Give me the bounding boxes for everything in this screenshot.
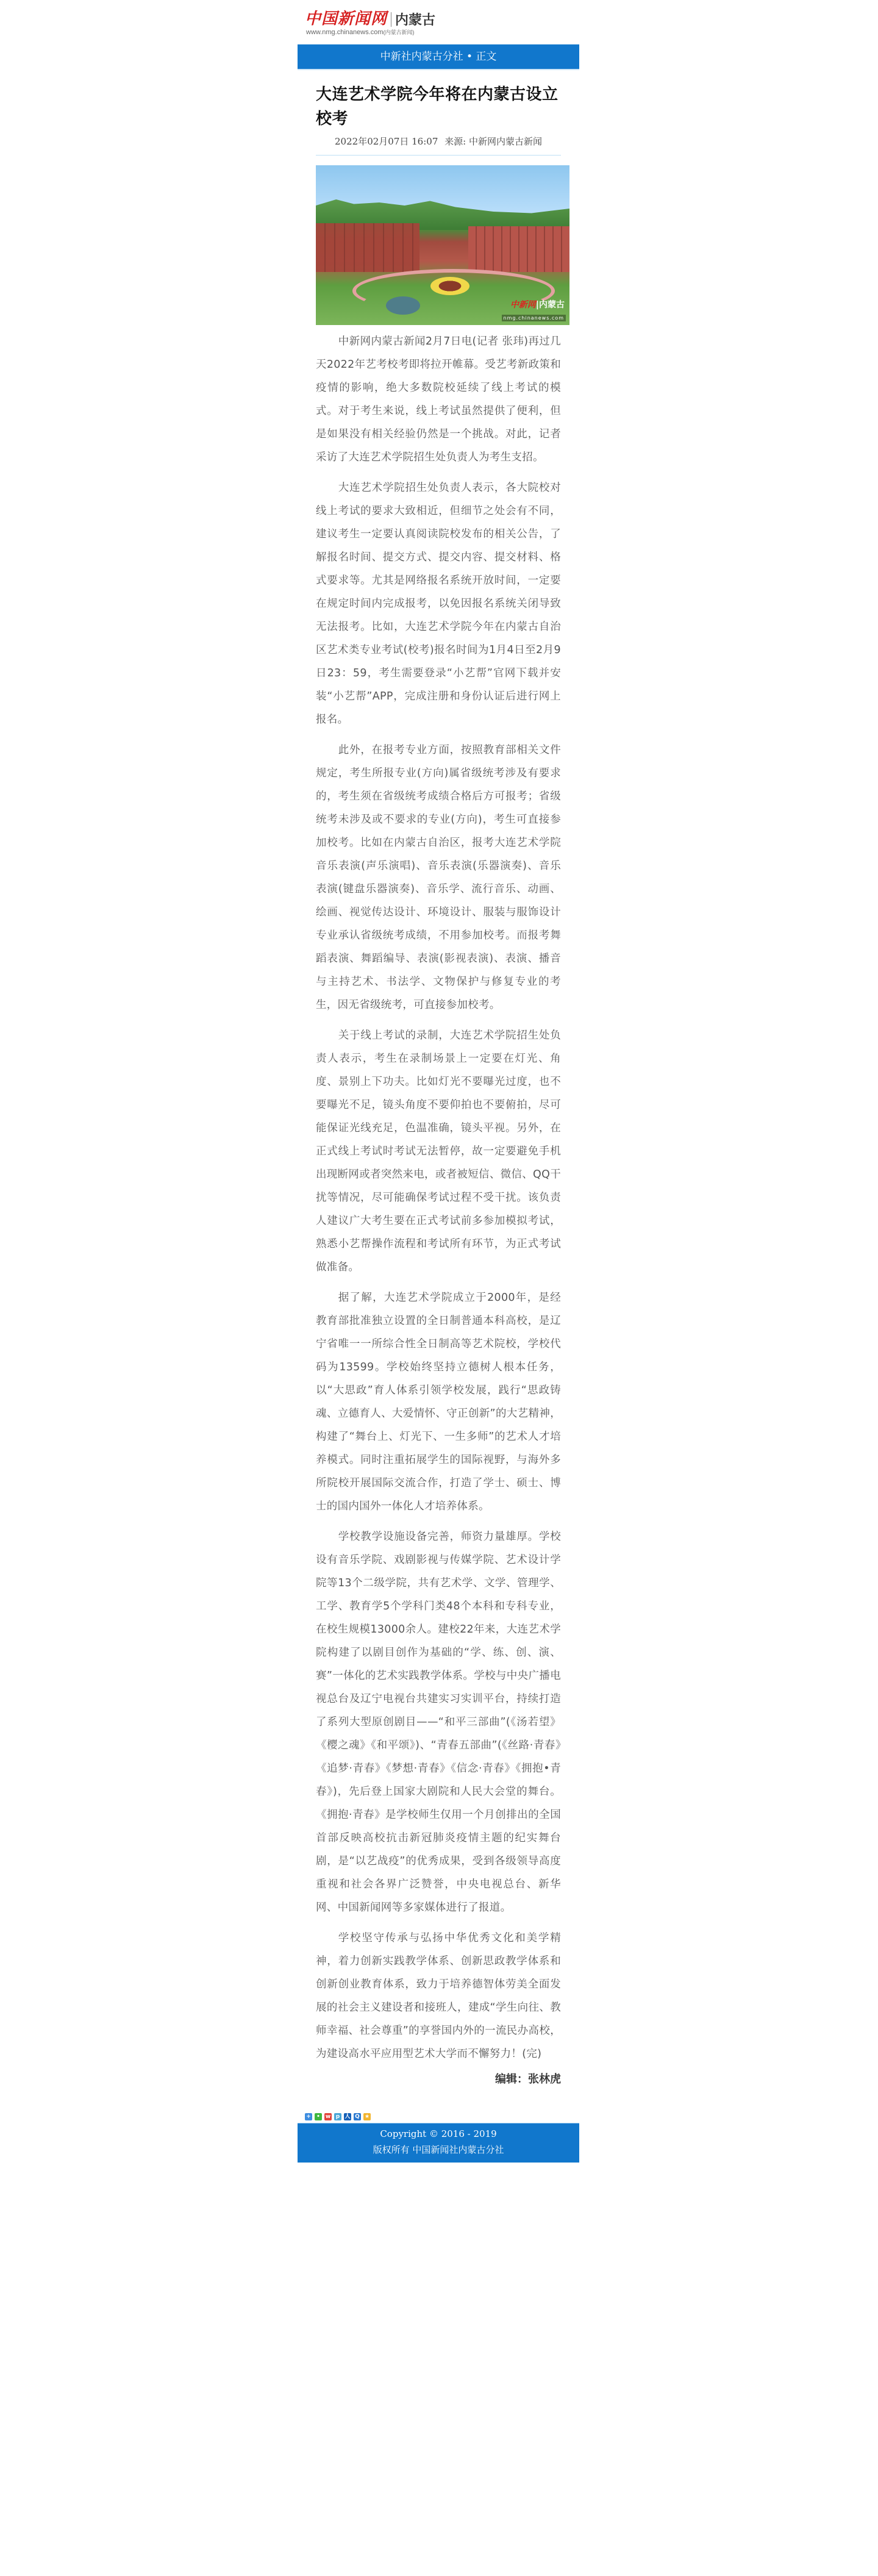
paragraph: 此外，在报考专业方面，按照教育部相关文件规定，考生所报专业(方向)属省级统考涉及… — [316, 739, 561, 1017]
logo-region: 内蒙古 — [395, 10, 435, 29]
article-source: 来源: 中新网内蒙古新闻 — [444, 136, 542, 147]
image-watermark-url: nmg.chinanews.com — [502, 315, 566, 321]
share-qq-icon[interactable]: Q — [354, 2113, 361, 2120]
logo-url-domain: www.nmg.chinanews.com — [306, 29, 384, 36]
image-building-right — [468, 226, 569, 272]
image-flower-circle — [430, 277, 469, 295]
image-building-left — [316, 223, 419, 272]
paragraph: 学校教学设施设备完善，师资力量雄厚。学校设有音乐学院、戏剧影视与传媒学院、艺术设… — [316, 1525, 561, 1919]
logo-url: www.nmg.chinanews.com(内蒙古新闻) — [306, 28, 415, 36]
site-logo[interactable]: 中国新闻网 内蒙古 — [305, 6, 435, 29]
article-editor: 编辑：张林虎 — [316, 2070, 561, 2089]
footer-copyright: Copyright © 2016 - 2019 — [298, 2126, 579, 2142]
article-container: 大连艺术学院今年将在内蒙古设立校考 2022年02月07日 16:07 来源: … — [298, 82, 579, 2089]
article-image: 中新网|内蒙古 nmg.chinanews.com — [316, 165, 569, 325]
image-pond — [386, 296, 420, 315]
logo-divider — [391, 12, 391, 27]
paragraph: 据了解，大连艺术学院成立于2000年，是经教育部批准独立设置的全日制普通本科高校… — [316, 1286, 561, 1518]
share-renren-icon[interactable]: 人 — [344, 2113, 351, 2120]
share-bar: + • w p 人 Q ★ — [298, 2089, 579, 2123]
logo-chinanews: 中国新闻网 — [305, 6, 387, 29]
paragraph: 学校坚守传承与弘扬中华优秀文化和美学精神，着力创新实践教学体系、创新思政教学体系… — [316, 1927, 561, 2066]
paragraph: 大连艺术学院招生处负责人表示，各大院校对线上考试的要求大致相近，但细节之处会有不… — [316, 476, 561, 731]
article-meta: 2022年02月07日 16:07 来源: 中新网内蒙古新闻 — [316, 135, 561, 156]
image-watermark: 中新网|内蒙古 — [510, 298, 565, 310]
logo-url-cn: (内蒙古新闻) — [384, 29, 415, 35]
article-date: 2022年02月07日 16:07 — [335, 136, 438, 147]
paragraph: 中新网内蒙古新闻2月7日电(记者 张玮)再过几天2022年艺考校考即将拉开帷幕。… — [316, 330, 561, 469]
share-qzone-icon[interactable]: ★ — [363, 2113, 371, 2120]
article-title: 大连艺术学院今年将在内蒙古设立校考 — [316, 82, 561, 131]
channel-title: 中新社内蒙古分社 • 正文 — [380, 51, 497, 63]
page: 中国新闻网 内蒙古 www.nmg.chinanews.com(内蒙古新闻) 中… — [298, 0, 579, 2163]
channel-bar: 中新社内蒙古分社 • 正文 — [298, 44, 579, 70]
share-weibo-icon[interactable]: w — [324, 2113, 332, 2120]
share-more-icon[interactable]: + — [305, 2113, 312, 2120]
share-tencent-weibo-icon[interactable]: p — [334, 2113, 341, 2120]
footer-rights: 版权所有 中国新闻社内蒙古分社 — [298, 2142, 579, 2158]
article-body: 中新网内蒙古新闻2月7日电(记者 张玮)再过几天2022年艺考校考即将拉开帷幕。… — [316, 330, 561, 2066]
paragraph: 关于线上考试的录制，大连艺术学院招生处负责人表示，考生在录制场景上一定要在灯光、… — [316, 1024, 561, 1279]
site-footer: Copyright © 2016 - 2019 版权所有 中国新闻社内蒙古分社 — [298, 2123, 579, 2163]
site-header: 中国新闻网 内蒙古 www.nmg.chinanews.com(内蒙古新闻) — [298, 0, 579, 44]
share-wechat-icon[interactable]: • — [315, 2113, 322, 2120]
